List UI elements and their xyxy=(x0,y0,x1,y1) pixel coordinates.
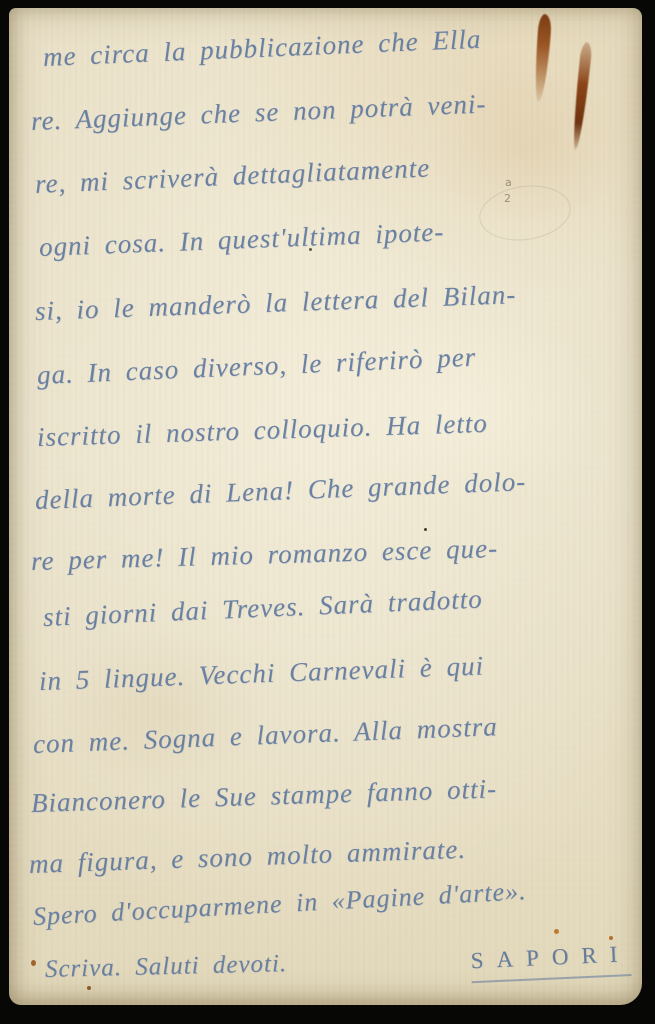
handwritten-line: me circa la pubblicazione che Ella xyxy=(42,24,482,73)
signature: SAPORI xyxy=(470,941,631,983)
handwritten-line: con me. Sogna e lavora. Alla mostra xyxy=(32,711,498,760)
handwritten-line: Bianconero le Sue stampe fanno otti- xyxy=(31,773,498,819)
handwritten-line: ogni cosa. In quest'ultima ipote- xyxy=(38,216,444,263)
handwritten-line: ga. In caso diverso, le riferirò per xyxy=(36,342,476,391)
postcard-paper: a 2 me circa la pubblicazione che Ella r… xyxy=(9,8,642,1005)
handwritten-line: re. Aggiunge che se non potrà veni- xyxy=(30,89,487,137)
closing-salutation: Scriva. Saluti devoti. xyxy=(45,950,288,984)
handwritten-text-block: me circa la pubblicazione che Ella re. A… xyxy=(9,8,642,1005)
handwritten-line: iscritto il nostro colloquio. Ha letto xyxy=(37,408,489,453)
handwritten-line: Spero d'occuparmene in «Pagine d'arte». xyxy=(32,876,527,932)
handwritten-line: in 5 lingue. Vecchi Carnevali è qui xyxy=(38,650,484,697)
handwritten-line: sti giorni dai Treves. Sarà tradotto xyxy=(42,584,483,633)
closing-line: Scriva. Saluti devoti. SAPORI xyxy=(45,942,632,992)
handwritten-line: si, io le manderò la lettera del Bilan- xyxy=(34,279,516,327)
postcard-photo: a 2 me circa la pubblicazione che Ella r… xyxy=(0,0,655,1024)
handwritten-line: ma figura, e sono molto ammirate. xyxy=(28,834,466,880)
handwritten-line: re per me! Il mio romanzo esce que- xyxy=(31,533,499,577)
handwritten-line: della morte di Lena! Che grande dolo- xyxy=(34,466,526,516)
handwritten-line: re, mi scriverà dettagliatamente xyxy=(34,152,430,200)
